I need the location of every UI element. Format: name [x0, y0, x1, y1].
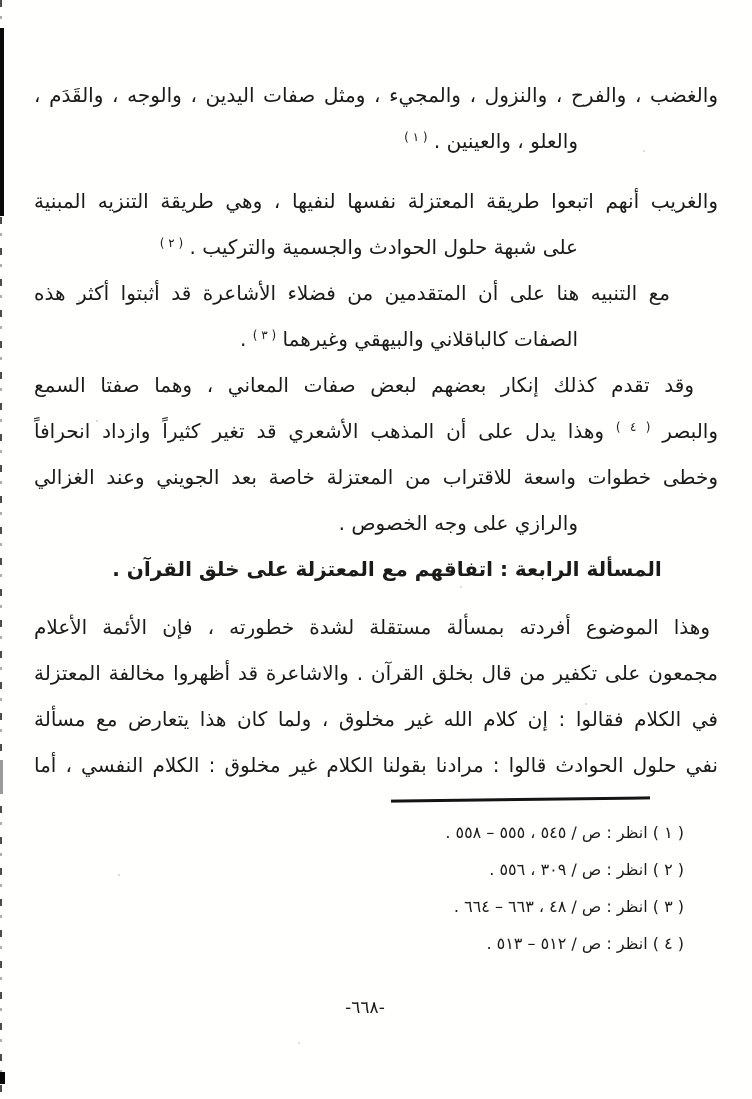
text-segment: الصفات كالباقلاني والبيهقي وغيرهما: [283, 327, 578, 351]
text-line: وهذا الموضوع أفردته بمسألة مستقلة لشدة خ…: [34, 604, 718, 650]
paragraph-1: والغضب ، والفرح ، والنزول ، والمجيء ، وم…: [34, 72, 718, 164]
footnote-line-3: ( ٣ ) انظر : ص / ٤٨ ، ٦٦٣ – ٦٦٤ .: [74, 888, 684, 925]
text-line: وخطى خطوات واسعة للاقتراب من المعتزلة خا…: [34, 454, 718, 500]
footnote-separator-rule: [391, 796, 650, 802]
text-line: والعلو ، والعينين . ( ١ ): [34, 118, 718, 164]
text-line: والرازي على وجه الخصوص .: [34, 500, 718, 546]
footnote-line-4: ( ٤ ) انظر : ص / ٥١٢ – ٥١٣ .: [74, 925, 684, 962]
section-heading: المسألة الرابعة : اتفاقهم مع المعتزلة عل…: [34, 546, 718, 592]
text-line: في الكلام فقالوا : إن كلام الله غير مخلو…: [34, 696, 718, 742]
text-line: على شبهة حلول الحوادث والجسمية والتركيب …: [34, 224, 718, 270]
paragraph-5: وهذا الموضوع أفردته بمسألة مستقلة لشدة خ…: [34, 604, 718, 788]
footnote-line-1: ( ١ ) انظر : ص / ٥٤٥ ، ٥٥٥ – ٥٥٨ .: [74, 814, 684, 851]
text-line: نفي حلول الحوادث قالوا : مرادنا بقولنا ا…: [34, 742, 718, 788]
footnote-ref-4: ( ٤ ): [616, 420, 650, 434]
text-line: والغريب أنهم اتبعوا طريقة المعتزلة نفسها…: [34, 178, 718, 224]
text-segment: على شبهة حلول الحوادث والجسمية والتركيب …: [190, 235, 578, 259]
main-text: والغضب ، والفرح ، والنزول ، والمجيء ، وم…: [34, 72, 718, 788]
text-line: الصفات كالباقلاني والبيهقي وغيرهما ( ٣ )…: [34, 316, 718, 362]
text-segment: والعلو ، والعينين .: [434, 129, 578, 153]
page-number: -٦٦٨-: [0, 995, 752, 1021]
paragraph-2: والغريب أنهم اتبعوا طريقة المعتزلة نفسها…: [34, 178, 718, 270]
footnote-line-2: ( ٢ ) انظر : ص / ٣٠٩ ، ٥٥٦ .: [74, 851, 684, 888]
text-segment: وهذا يدل على أن المذهب الأشعري قد تغير ك…: [34, 419, 604, 443]
footnote-ref-2: ( ٢ ): [160, 236, 183, 250]
scan-left-top-strip: [0, 28, 4, 216]
scan-left-gray-smudge: [0, 760, 3, 794]
book-page-scan: والغضب ، والفرح ، والنزول ، والمجيء ، وم…: [0, 0, 752, 1099]
scan-noise-speckles: [0, 0, 2, 2]
text-line: والغضب ، والفرح ، والنزول ، والمجيء ، وم…: [34, 72, 718, 118]
text-line: مع التنبيه هنا على أن المتقدمين من فضلاء…: [34, 270, 718, 316]
text-segment: والبصر: [662, 419, 718, 443]
footnote-ref-3: ( ٣ ): [253, 328, 276, 342]
text-line: والبصر ( ٤ ) وهذا يدل على أن المذهب الأش…: [34, 408, 718, 454]
footnote-ref-1: ( ١ ): [404, 130, 427, 144]
paragraph-4: وقد تقدم كذلك إنكار بعضهم لبعض صفات المع…: [34, 362, 718, 546]
scan-left-bottom-mark: [0, 1072, 5, 1084]
footnotes: ( ١ ) انظر : ص / ٥٤٥ ، ٥٥٥ – ٥٥٨ . ( ٢ )…: [74, 814, 684, 962]
text-line: وقد تقدم كذلك إنكار بعضهم لبعض صفات المع…: [34, 362, 718, 408]
paragraph-3: مع التنبيه هنا على أن المتقدمين من فضلاء…: [34, 270, 718, 362]
text-segment: .: [240, 327, 246, 351]
text-line: مجمعون على تكفير من قال بخلق القرآن . وا…: [34, 650, 718, 696]
